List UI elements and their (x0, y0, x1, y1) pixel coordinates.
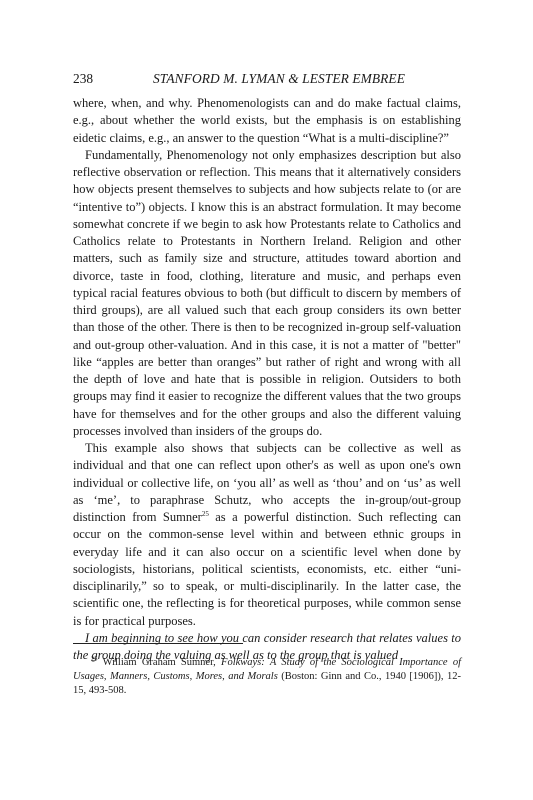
paragraph-collective-subjects: This example also shows that subjects ca… (73, 440, 461, 630)
footnote-reference[interactable]: 25 (202, 510, 209, 518)
footnote-number: 25 (91, 656, 98, 663)
paragraph-text-after-note: as a powerful distinction. Such reflecti… (73, 510, 461, 628)
book-page: 238 STANFORD M. LYMAN & LESTER EMBREE wh… (0, 0, 533, 800)
running-title: STANFORD M. LYMAN & LESTER EMBREE (153, 70, 405, 88)
footnote-divider (73, 643, 243, 644)
footnote-author: William Graham Sumner, (103, 657, 221, 668)
paragraph-continuation: where, when, and why. Phenomenologists c… (73, 95, 461, 147)
page-number: 238 (73, 70, 93, 88)
body-text: where, when, and why. Phenomenologists c… (73, 95, 461, 664)
running-head: 238 STANFORD M. LYMAN & LESTER EMBREE (73, 70, 463, 88)
footnote: 25 William Graham Sumner, Folkways: A St… (73, 656, 461, 699)
paragraph-phenomenology: Fundamentally, Phenomenology not only em… (73, 147, 461, 440)
